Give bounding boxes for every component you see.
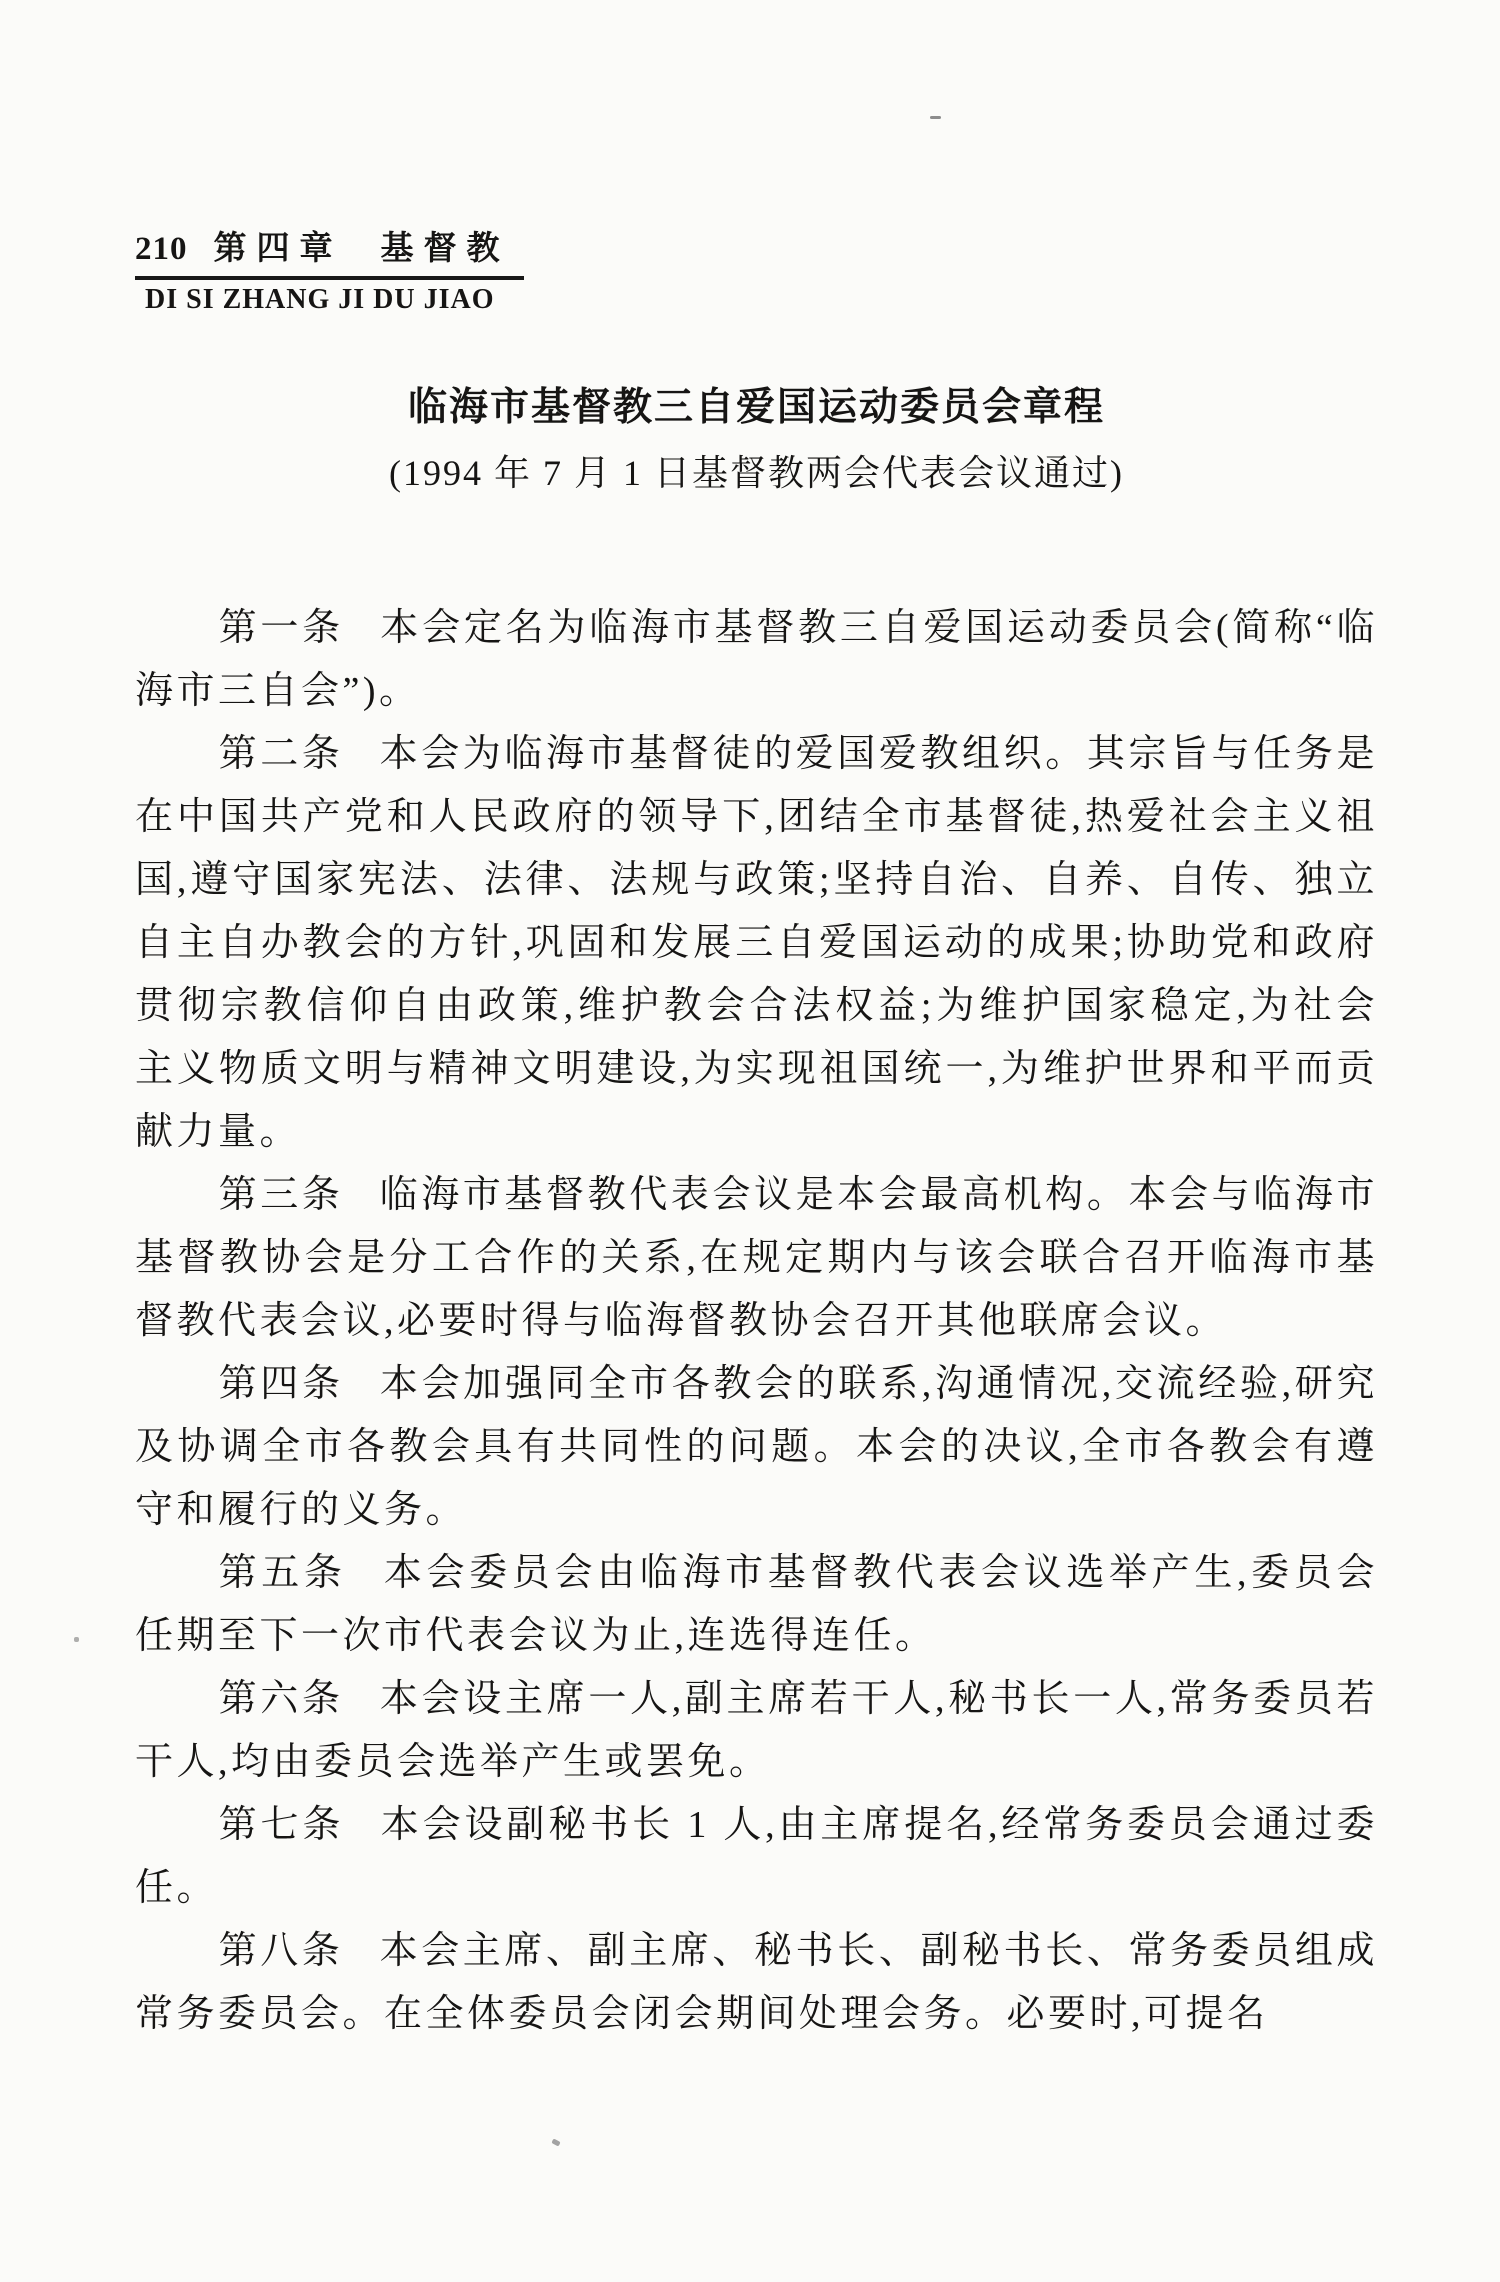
scanned-book-page: { "header": { "page_number": "210", "cha… — [0, 0, 1500, 2282]
paragraph-article-8: 第八条本会主席、副主席、秘书长、副秘书长、常务委员组成常务委员会。在全体委员会闭… — [135, 1920, 1378, 2046]
document-subtitle: (1994 年 7 月 1 日基督教两会代表会议通过) — [135, 449, 1378, 497]
book-section-label: 基督教 — [381, 231, 510, 267]
article-label: 第四条 — [219, 1363, 344, 1405]
running-head-pinyin: DI SI ZHANG JI DU JIAO — [135, 284, 524, 316]
article-label: 第三条 — [219, 1174, 344, 1216]
article-label: 第五条 — [219, 1552, 347, 1594]
article-label: 第二条 — [219, 733, 344, 775]
document-body: 临海市基督教三自爱国运动委员会章程 (1994 年 7 月 1 日基督教两会代表… — [135, 383, 1378, 2046]
articles: 第一条本会定名为临海市基督教三自爱国运动委员会(简称“临海市三自会”)。 第二条… — [135, 597, 1378, 2046]
article-label: 第八条 — [219, 1930, 344, 1972]
running-head: 210第四章基督教 DI SI ZHANG JI DU JIAO — [135, 222, 524, 316]
paragraph-article-1: 第一条本会定名为临海市基督教三自爱国运动委员会(简称“临海市三自会”)。 — [135, 597, 1378, 723]
scan-speck — [551, 2138, 560, 2146]
paragraph-article-3: 第三条临海市基督教代表会议是本会最高机构。本会与临海市基督教协会是分工合作的关系… — [135, 1164, 1378, 1353]
document-title: 临海市基督教三自爱国运动委员会章程 — [135, 383, 1378, 433]
paragraph-article-7: 第七条本会设副秘书长 1 人,由主席提名,经常务委员会通过委任。 — [135, 1794, 1378, 1920]
article-text: 本会为临海市基督徒的爱国爱教组织。其宗旨与任务是在中国共产党和人民政府的领导下,… — [135, 733, 1378, 1153]
paragraph-article-4: 第四条本会加强同全市各教会的联系,沟通情况,交流经验,研究及协调全市各教会具有共… — [135, 1353, 1378, 1542]
paragraph-article-6: 第六条本会设主席一人,副主席若干人,秘书长一人,常务委员若干人,均由委员会选举产… — [135, 1668, 1378, 1794]
scan-speck — [74, 1637, 79, 1642]
article-label: 第六条 — [219, 1678, 344, 1720]
article-label: 第一条 — [219, 607, 344, 649]
paragraph-article-5: 第五条本会委员会由临海市基督教代表会议选举产生,委员会任期至下一次市代表会议为止… — [135, 1542, 1378, 1668]
running-head-title: 210第四章基督教 — [135, 222, 524, 280]
chapter-label: 第四章 — [214, 231, 343, 267]
page-number: 210 — [135, 231, 188, 267]
paragraph-article-2: 第二条本会为临海市基督徒的爱国爱教组织。其宗旨与任务是在中国共产党和人民政府的领… — [135, 723, 1378, 1164]
scan-speck — [930, 116, 941, 119]
article-label: 第七条 — [219, 1804, 345, 1846]
